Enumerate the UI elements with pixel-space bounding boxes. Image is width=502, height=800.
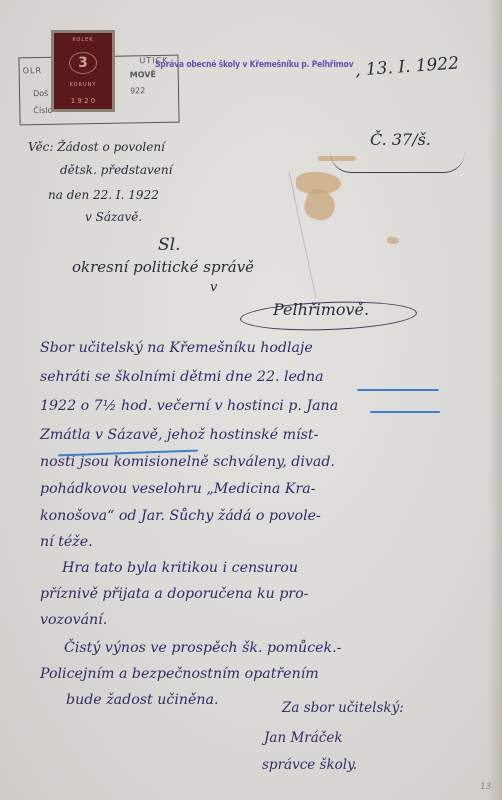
subject-line: v Sázavě. [85,210,142,224]
office-stamp-text: MOVĚ [130,70,156,79]
body-line: vozování. [40,612,107,628]
revenue-stamp-year: 1 9 2 0 [71,97,96,105]
body-line: Zmátla v Sázavě, jehož hostinské míst- [40,427,318,443]
paper-stain [387,237,399,244]
body-line: bude žadost učiněna. [66,692,219,708]
document-page: OLR UTICK MOVĚ Doš 922 Číslo KOLEK 3 KOR… [0,0,502,800]
revenue-stamp-label: KOLEK [72,37,93,43]
reference-flourish [330,152,465,173]
body-line: 1922 o 7½ hod. večerní v hostinci p. Jan… [40,398,338,414]
addressee-town: Pelhřimově. [273,300,369,319]
body-line: příznivě přijata a doporučena ku pro- [40,586,308,602]
subject-line: dětsk. představení [60,163,172,177]
revenue-stamp-value: 3 [69,52,97,74]
body-line: Sbor učitelský na Křemešníku hodlaje [40,340,313,356]
body-line: Čistý výnos ve prospěch šk. pomůcek.- [64,640,341,656]
revenue-stamp: KOLEK 3 KORUNY 1 9 2 0 [51,30,115,112]
addressee-preposition: v [210,280,217,295]
blue-underline [370,411,440,413]
office-stamp-text: Číslo [33,106,52,115]
body-line: sehráti se školními dětmi dne 22. ledna [40,369,324,385]
body-line: ní téže. [40,534,93,550]
body-line: Policejním a bezpečnostním opatřením [40,666,319,682]
signature-name: Jan Mráček [264,730,343,746]
signature-line: Za sbor učitelský: [282,700,404,716]
office-stamp-text: OLR [23,66,42,75]
page-number: 13 [480,782,491,792]
letter-date: , 13. I. 1922 [354,53,459,80]
body-line: nosti jsou komisionelně schváleny, divad… [40,454,335,470]
signature-title: správce školy. [262,757,357,773]
salutation: Sl. [158,235,181,255]
school-stamp: Správa obecné školy v Křemešníku p. Pelh… [155,60,353,70]
subject-line: na den 22. I. 1922 [48,188,159,202]
office-stamp-text: Doš [33,89,48,98]
body-line: konošova“ od Jar. Sůchy žádá o povole- [40,508,321,524]
subject-line: Věc: Žádost o povolení [28,140,165,154]
body-line: pohádkovou veselohru „Medicina Kra- [40,481,316,497]
reference-number: Č. 37/š. [370,130,431,149]
revenue-stamp-label: KORUNY [70,82,97,88]
addressee: okresní politické správě [72,258,254,276]
blue-underline [357,389,439,391]
body-line: Hra tato byla kritikou i censurou [62,560,298,576]
office-stamp-text: 922 [130,86,145,95]
